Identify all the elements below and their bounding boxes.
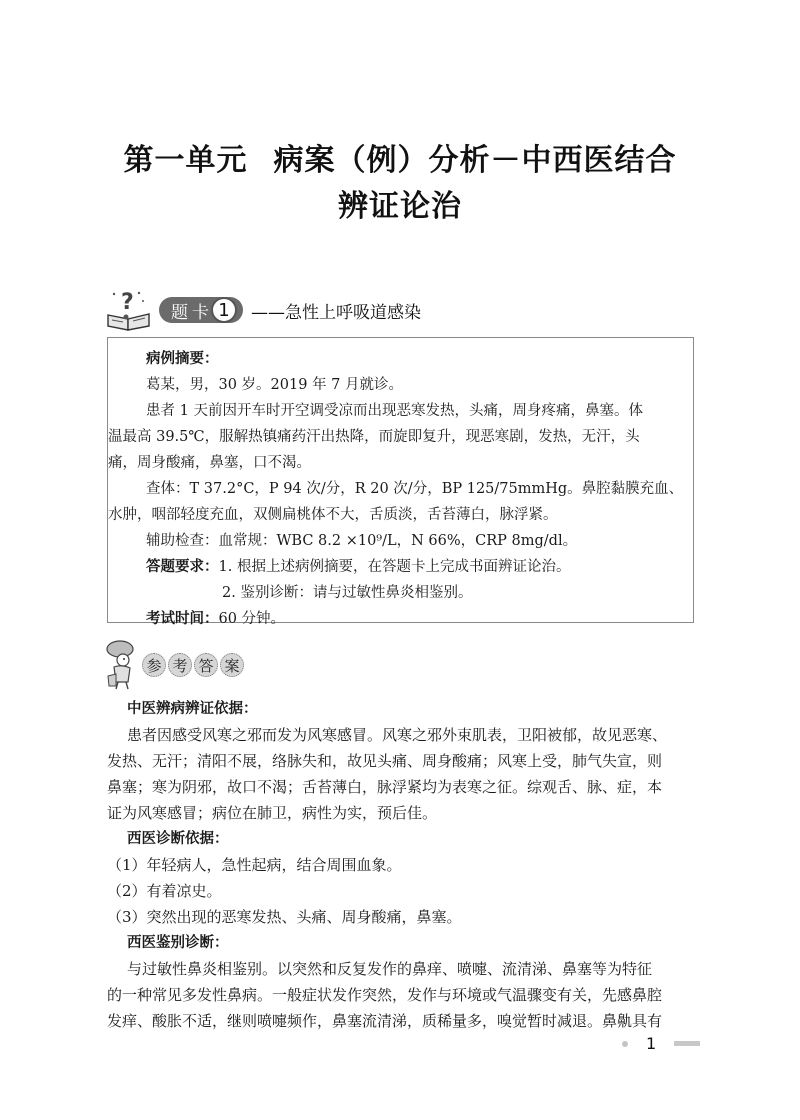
answer-badge-char: 案 — [220, 653, 244, 677]
requirement-item: 2. 鉴别诊断：请与过敏性鼻炎相鉴别。 — [108, 580, 683, 606]
card-topic: ——急性上呼吸道感染 — [251, 298, 421, 323]
book-question-icon: ? — [105, 289, 153, 331]
reference-answer-title: 参 考 答 案 — [142, 653, 246, 677]
wm-diagnosis-item: （2）有着凉史。 — [107, 878, 693, 904]
page-footer: 1 — [622, 1034, 700, 1053]
case-line: 患者 1 天前因开车时开空调受凉而出现恶寒发热，头痛，周身疼痛，鼻塞。体 — [108, 398, 683, 424]
answer-line: 患者因感受风寒之邪而发为风寒感冒。风寒之邪外束肌表，卫阳被郁，故见恶寒、 — [107, 722, 693, 748]
requirement-item: 1. 根据上述病例摘要，在答题卡上完成书面辨证论治。 — [219, 559, 571, 575]
answer-line: 鼻塞；寒为阴邪，故口不渴；舌苔薄白，脉浮紧均为表寒之征。综观舌、脉、症，本 — [107, 774, 693, 800]
case-summary-heading: 病例摘要： — [108, 346, 683, 372]
case-line: 葛某，男，30 岁。2019 年 7 月就诊。 — [108, 372, 683, 398]
svg-text:?: ? — [121, 290, 134, 315]
requirements-label: 答题要求： — [146, 559, 219, 575]
footer-dot-decoration — [622, 1041, 628, 1047]
chef-figure-icon — [104, 640, 140, 690]
answer-badge-char: 参 — [142, 653, 166, 677]
footer-bar-decoration — [674, 1041, 700, 1046]
card-number: 1 — [211, 297, 237, 323]
answer-line: 的一种常见多发性鼻病。一般症状发作突然，发作与环境或气温骤变有关，先感鼻腔 — [107, 982, 693, 1008]
page-number: 1 — [646, 1034, 656, 1053]
case-line: 温最高 39.5℃，服解热镇痛药汗出热降，而旋即复升，现恶寒剧，发热，无汗，头 — [108, 424, 683, 450]
answer-badge-char: 考 — [168, 653, 192, 677]
case-line: 辅助检查：血常规：WBC 8.2 ×10⁹/L，N 66%，CRP 8mg/dl… — [108, 528, 683, 554]
chapter-title: 第一单元病案（例）分析－中西医结合 辨证论治 — [0, 138, 800, 230]
case-summary-box: 病例摘要： 葛某，男，30 岁。2019 年 7 月就诊。 患者 1 天前因开车… — [107, 337, 694, 623]
chapter-title-line1: 第一单元病案（例）分析－中西医结合 — [0, 138, 800, 184]
wm-diagnosis-heading: 西医诊断依据： — [107, 826, 693, 852]
reference-answer-body: 中医辨病辨证依据： 患者因感受风寒之邪而发为风寒感冒。风寒之邪外束肌表，卫阳被郁… — [107, 696, 693, 1034]
answer-line: 与过敏性鼻炎相鉴别。以突然和反复发作的鼻痒、喷嚏、流清涕、鼻塞等为特征 — [107, 956, 693, 982]
requirements-row: 答题要求：1. 根据上述病例摘要，在答题卡上完成书面辨证论治。 — [108, 554, 683, 580]
answer-badge-char: 答 — [194, 653, 218, 677]
chapter-title-line2: 辨证论治 — [0, 184, 800, 230]
question-card-header: ? 题卡 1 ——急性上呼吸道感染 — [105, 288, 421, 332]
reference-answer-header: 参 考 答 案 — [104, 640, 246, 690]
tcm-heading: 中医辨病辨证依据： — [107, 696, 693, 722]
wm-diagnosis-item: （1）年轻病人，急性起病，结合周围血象。 — [107, 852, 693, 878]
question-card-badge: 题卡 1 — [159, 297, 243, 323]
case-line: 查体：T 37.2°C，P 94 次/分，R 20 次/分，BP 125/75m… — [108, 476, 683, 502]
card-label: 题卡 — [171, 298, 213, 323]
case-line: 痛，周身酸痛，鼻塞，口不渴。 — [108, 450, 683, 476]
case-line: 水肿，咽部轻度充血，双侧扁桃体不大，舌质淡，舌苔薄白，脉浮紧。 — [108, 502, 683, 528]
answer-line: 证为风寒感冒；病位在肺卫，病性为实，预后佳。 — [107, 800, 693, 826]
wm-diagnosis-item: （3）突然出现的恶寒发热、头痛、周身酸痛，鼻塞。 — [107, 904, 693, 930]
exam-time-label: 考试时间： — [146, 611, 219, 627]
exam-time-value: 60 分钟。 — [219, 611, 286, 627]
differential-heading: 西医鉴别诊断： — [107, 930, 693, 956]
exam-time-row: 考试时间：60 分钟。 — [108, 606, 683, 632]
answer-line: 发热、无汗；清阳不展，络脉失和，故见头痛、周身酸痛；风寒上受，肺气失宣，则 — [107, 748, 693, 774]
answer-line: 发痒、酸胀不适，继则喷嚏频作，鼻塞流清涕，质稀量多，嗅觉暂时减退。鼻鼽具有 — [107, 1008, 693, 1034]
